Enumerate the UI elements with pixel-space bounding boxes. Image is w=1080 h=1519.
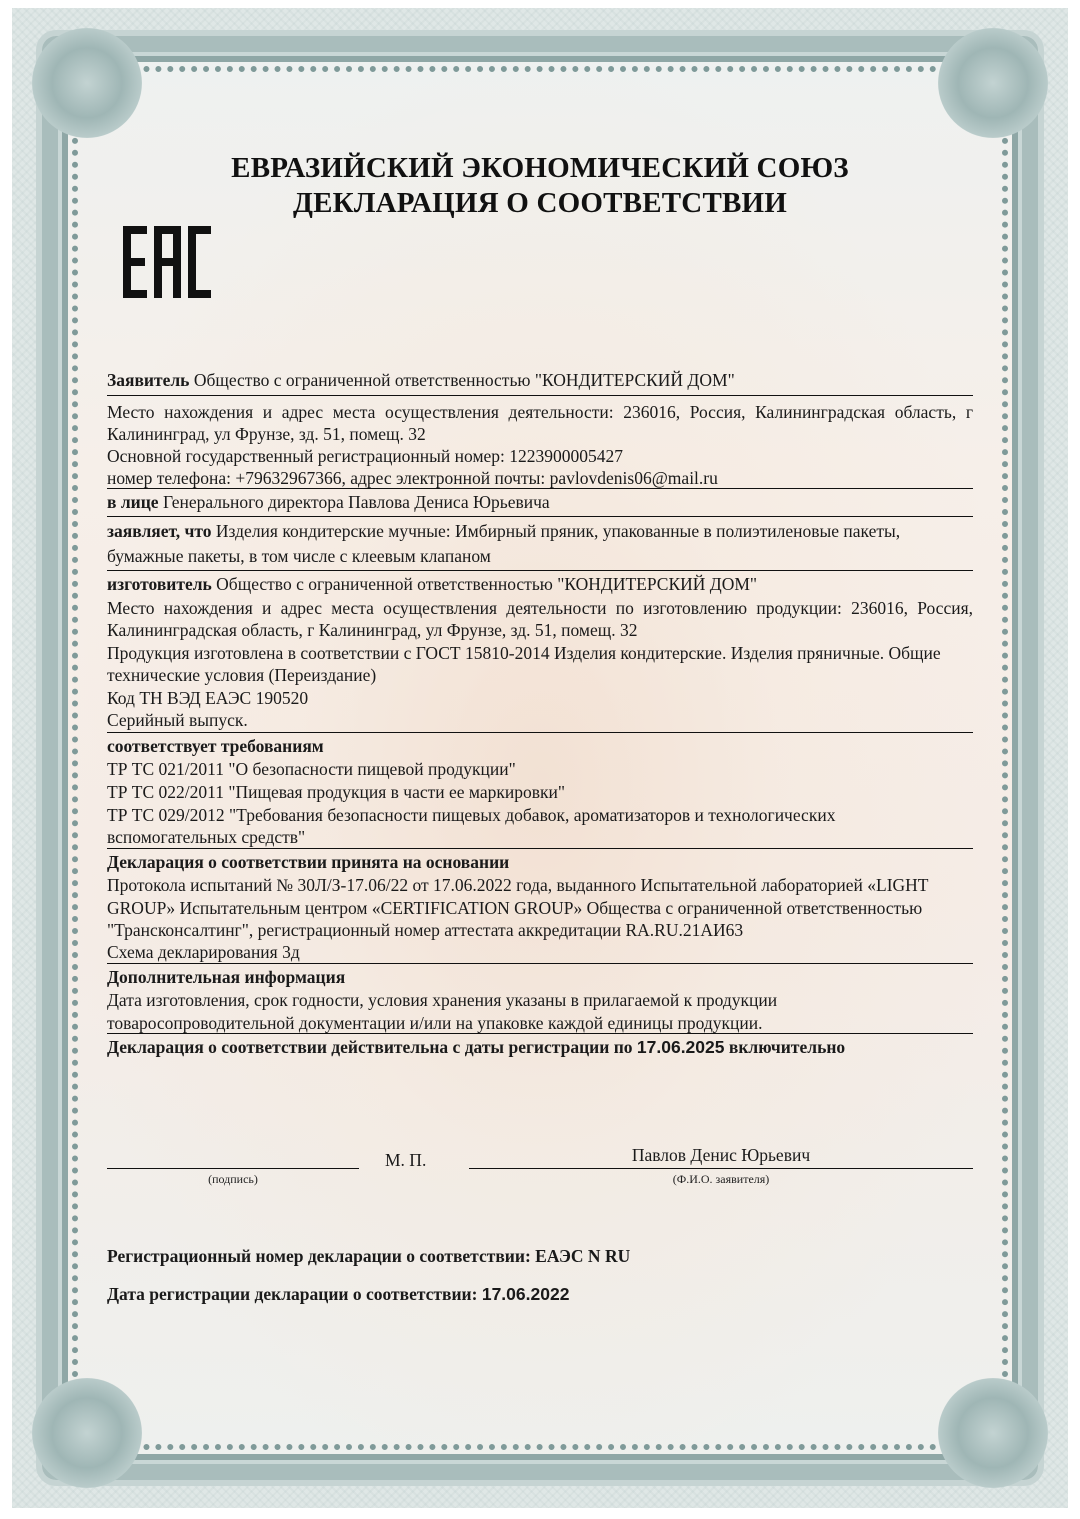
requirement-item: вспомогательных средств" (107, 826, 973, 848)
declaration-scheme: Схема декларирования 3д (107, 941, 973, 963)
additional-label: Дополнительная информация (107, 966, 973, 988)
name-caption: (Ф.И.О. заявителя) (469, 1172, 973, 1187)
basis-line: GROUP» Испытательным центром «CERTIFICAT… (107, 897, 973, 919)
tn-ved-code: Код ТН ВЭД ЕАЭС 190520 (107, 687, 973, 709)
applicant-address-1: Место нахождения и адрес места осуществл… (107, 401, 973, 423)
stamp-placeholder: М. П. (385, 1149, 445, 1171)
manufacturer-line: изготовитель Общество с ограниченной отв… (107, 573, 973, 595)
manufacturer-address-1: Место нахождения и адрес места осуществл… (107, 597, 973, 619)
declaration-document: ЕВРАЗИЙСКИЙ ЭКОНОМИЧЕСКИЙ СОЮЗ ДЕКЛАРАЦИ… (0, 0, 1080, 1519)
divider (107, 732, 973, 733)
divider (107, 488, 973, 489)
signer-name: Павлов Денис Юрьевич (469, 1144, 973, 1166)
divider (107, 516, 973, 517)
applicant-contacts: номер телефона: +79632967366, адрес элек… (107, 467, 973, 489)
declares-line: заявляет, что Изделия кондитерские мучны… (107, 520, 973, 542)
registration-date-label: Дата регистрации декларации о соответств… (107, 1284, 482, 1304)
name-line (469, 1168, 973, 1169)
applicant-line: Заявитель Общество с ограниченной ответс… (107, 369, 973, 391)
requirements-label: соответствует требованиям (107, 735, 973, 757)
basis-line: "Трансконсалтинг", регистрационный номер… (107, 919, 973, 941)
requirement-item: ТР ТС 029/2012 "Требования безопасности … (107, 804, 973, 826)
validity-line: Декларация о соответствии действительна … (107, 1036, 973, 1058)
divider (107, 963, 973, 964)
divider (107, 848, 973, 849)
declares-label: заявляет, что (107, 521, 212, 541)
production-type: Серийный выпуск. (107, 709, 973, 731)
represented-by-line: в лице Генерального директора Павлова Де… (107, 491, 973, 513)
registration-number: ЕАЭС N RU (535, 1246, 630, 1266)
declares-text-1: Изделия кондитерские мучные: Имбирный пр… (212, 521, 901, 541)
represented-by-label: в лице (107, 492, 159, 512)
basis-label: Декларация о соответствии принята на осн… (107, 851, 973, 873)
validity-date: 17.06.2025 (637, 1037, 725, 1057)
requirement-item: ТР ТС 022/2011 "Пищевая продукция в част… (107, 781, 973, 803)
basis-line: Протокола испытаний № 30Л/З-17.06/22 от … (107, 874, 973, 896)
applicant-ogrn: Основной государственный регистрационный… (107, 445, 973, 467)
applicant-address-2: Калининград, ул Фрунзе, зд. 51, помещ. 3… (107, 423, 973, 445)
manufacturer-standard-1: Продукция изготовлена в соответствии с Г… (107, 642, 973, 664)
represented-by-text: Генерального директора Павлова Дениса Юр… (159, 492, 550, 512)
union-title: ЕВРАЗИЙСКИЙ ЭКОНОМИЧЕСКИЙ СОЮЗ (0, 152, 1080, 185)
manufacturer-standard-2: технические условия (Переиздание) (107, 664, 973, 686)
applicant-label: Заявитель (107, 370, 189, 390)
validity-prefix: Декларация о соответствии действительна … (107, 1037, 637, 1057)
eac-mark-icon (123, 226, 211, 298)
additional-line: Дата изготовления, срок годности, услови… (107, 989, 973, 1011)
divider (107, 570, 973, 571)
document-title: ДЕКЛАРАЦИЯ О СООТВЕТСТВИИ (0, 187, 1080, 220)
signature-line (107, 1168, 359, 1169)
manufacturer-name: Общество с ограниченной ответственностью… (212, 574, 757, 594)
manufacturer-label: изготовитель (107, 574, 212, 594)
registration-number-label: Регистрационный номер декларации о соотв… (107, 1246, 535, 1266)
signature-caption: (подпись) (107, 1172, 359, 1187)
validity-suffix: включительно (725, 1037, 846, 1057)
additional-line: товаросопроводительной документации и/ил… (107, 1012, 973, 1034)
divider (107, 1033, 973, 1034)
registration-date-line: Дата регистрации декларации о соответств… (107, 1283, 973, 1305)
manufacturer-address-2: Калининградская область, г Калининград, … (107, 619, 973, 641)
registration-date: 17.06.2022 (482, 1284, 570, 1304)
applicant-name: Общество с ограниченной ответственностью… (189, 370, 734, 390)
registration-number-line: Регистрационный номер декларации о соотв… (107, 1245, 973, 1267)
requirement-item: ТР ТС 021/2011 "О безопасности пищевой п… (107, 758, 973, 780)
declares-text-2: бумажные пакеты, в том числе с клеевым к… (107, 545, 973, 567)
divider (107, 395, 973, 396)
